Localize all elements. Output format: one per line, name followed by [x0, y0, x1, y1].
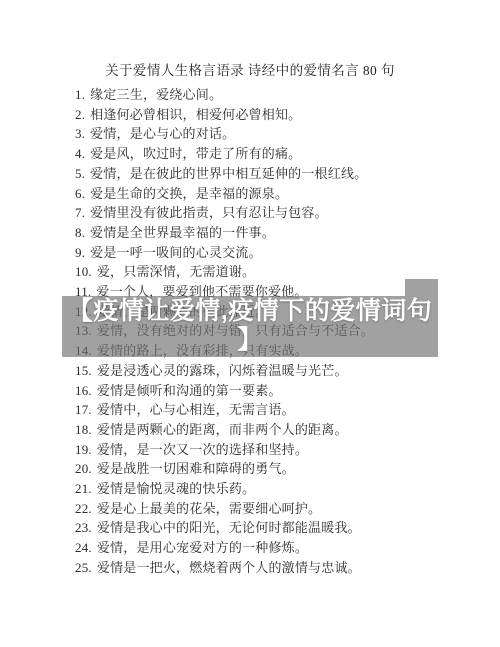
quote-number: 3.	[75, 126, 85, 141]
quote-item: 22.爱是心上最美的花朵，需要细心呵护。	[75, 499, 492, 519]
quote-number: 15.	[75, 363, 92, 378]
quote-item: 21.爱情是愉悦灵魂的快乐药。	[75, 479, 492, 499]
watermark-banner: 【疫情让爱情,疫情下的爱情词句 】	[62, 296, 438, 357]
quote-text: 爱，只需深情，无需道谢。	[97, 264, 255, 279]
quote-item: 20.爱是战胜一切困难和障碍的勇气。	[75, 459, 492, 479]
quote-item: 8.爱情是全世界最幸福的一件事。	[75, 223, 492, 243]
quote-text: 爱情，是在彼此的世界中相互延伸的一根红线。	[90, 166, 367, 181]
quote-item: 6.爱是生命的交换，是幸福的源泉。	[75, 184, 492, 204]
quote-item: 16.爱情是倾听和沟通的第一要素。	[75, 381, 492, 401]
quote-text: 相逢何必曾相识，相爱何必曾相知。	[90, 107, 301, 122]
quote-number: 16.	[75, 383, 92, 398]
quote-text: 爱情是全世界最幸福的一件事。	[90, 225, 275, 240]
quote-item: 7.爱情里没有彼此指责，只有忍让与包容。	[75, 203, 492, 223]
quote-text: 爱是浸透心灵的露珠，闪烁着温暖与光芒。	[97, 363, 348, 378]
quote-number: 4.	[75, 146, 85, 161]
quote-item: 18.爱情是两颗心的距离，而非两个人的距离。	[75, 420, 492, 440]
quote-item: 15.爱是浸透心灵的露珠，闪烁着温暖与光芒。	[75, 361, 492, 381]
quote-item: 2.相逢何必曾相识，相爱何必曾相知。	[75, 105, 492, 125]
quote-number: 9.	[75, 245, 85, 260]
quote-text: 爱是风，吹过时，带走了所有的痛。	[90, 146, 301, 161]
page-title: 关于爱情人生格言语录 诗经中的爱情名言 80 句	[0, 59, 500, 79]
quote-text: 爱是一呼一吸间的心灵交流。	[90, 245, 262, 260]
watermark-text-line1: 【疫情让爱情,疫情下的爱情词句	[62, 297, 438, 326]
quote-text: 爱是心上最美的花朵，需要细心呵护。	[97, 501, 321, 516]
quote-number: 23.	[75, 520, 92, 535]
watermark-text-line2: 】	[62, 326, 438, 355]
quote-item: 17.爱情中，心与心相连，无需言语。	[75, 400, 492, 420]
quote-item: 24.爱情，是用心宠爱对方的一种修炼。	[75, 538, 492, 558]
quote-number: 22.	[75, 501, 92, 516]
quote-number: 1.	[75, 87, 85, 102]
quote-item: 1.缘定三生，爱绕心间。	[75, 85, 492, 105]
watermark-notch	[405, 279, 438, 296]
quote-number: 20.	[75, 461, 92, 476]
quote-number: 2.	[75, 107, 85, 122]
quote-text: 爱情，是用心宠爱对方的一种修炼。	[97, 540, 308, 555]
quote-text: 爱情是我心中的阳光，无论何时都能温暖我。	[97, 520, 361, 535]
quote-text: 爱是生命的交换，是幸福的源泉。	[90, 186, 288, 201]
quote-text: 缘定三生，爱绕心间。	[90, 87, 222, 102]
document-page: 关于爱情人生格言语录 诗经中的爱情名言 80 句 1.缘定三生，爱绕心间。2.相…	[0, 0, 500, 647]
quote-text: 爱情是倾听和沟通的第一要素。	[97, 383, 282, 398]
quote-text: 爱情是愉悦灵魂的快乐药。	[97, 481, 255, 496]
quote-text: 爱是战胜一切困难和障碍的勇气。	[97, 461, 295, 476]
quote-item: 25.爱情是一把火，燃烧着两个人的激情与忠诚。	[75, 558, 492, 578]
quote-text: 爱情中，心与心相连，无需言语。	[97, 402, 295, 417]
quote-text: 爱情里没有彼此指责，只有忍让与包容。	[90, 205, 328, 220]
quote-item: 9.爱是一呼一吸间的心灵交流。	[75, 243, 492, 263]
quote-item: 5.爱情，是在彼此的世界中相互延伸的一根红线。	[75, 164, 492, 184]
quote-number: 19.	[75, 442, 92, 457]
quote-item: 3.爱情，是心与心的对话。	[75, 124, 492, 144]
quote-item: 19.爱情，是一次又一次的选择和坚持。	[75, 440, 492, 460]
quote-number: 6.	[75, 186, 85, 201]
quote-number: 18.	[75, 422, 92, 437]
quote-number: 7.	[75, 205, 85, 220]
quote-number: 5.	[75, 166, 85, 181]
quote-number: 17.	[75, 402, 92, 417]
quote-number: 8.	[75, 225, 85, 240]
quote-text: 爱情是两颗心的距离，而非两个人的距离。	[97, 422, 348, 437]
quote-item: 4.爱是风，吹过时，带走了所有的痛。	[75, 144, 492, 164]
quote-text: 爱情，是一次又一次的选择和坚持。	[97, 442, 308, 457]
quote-item: 23.爱情是我心中的阳光，无论何时都能温暖我。	[75, 518, 492, 538]
quote-text: 爱情是一把火，燃烧着两个人的激情与忠诚。	[97, 560, 361, 575]
quote-number: 21.	[75, 481, 92, 496]
quote-text: 爱情，是心与心的对话。	[90, 126, 235, 141]
quote-number: 24.	[75, 540, 92, 555]
quote-number: 25.	[75, 560, 92, 575]
quote-number: 10.	[75, 264, 92, 279]
